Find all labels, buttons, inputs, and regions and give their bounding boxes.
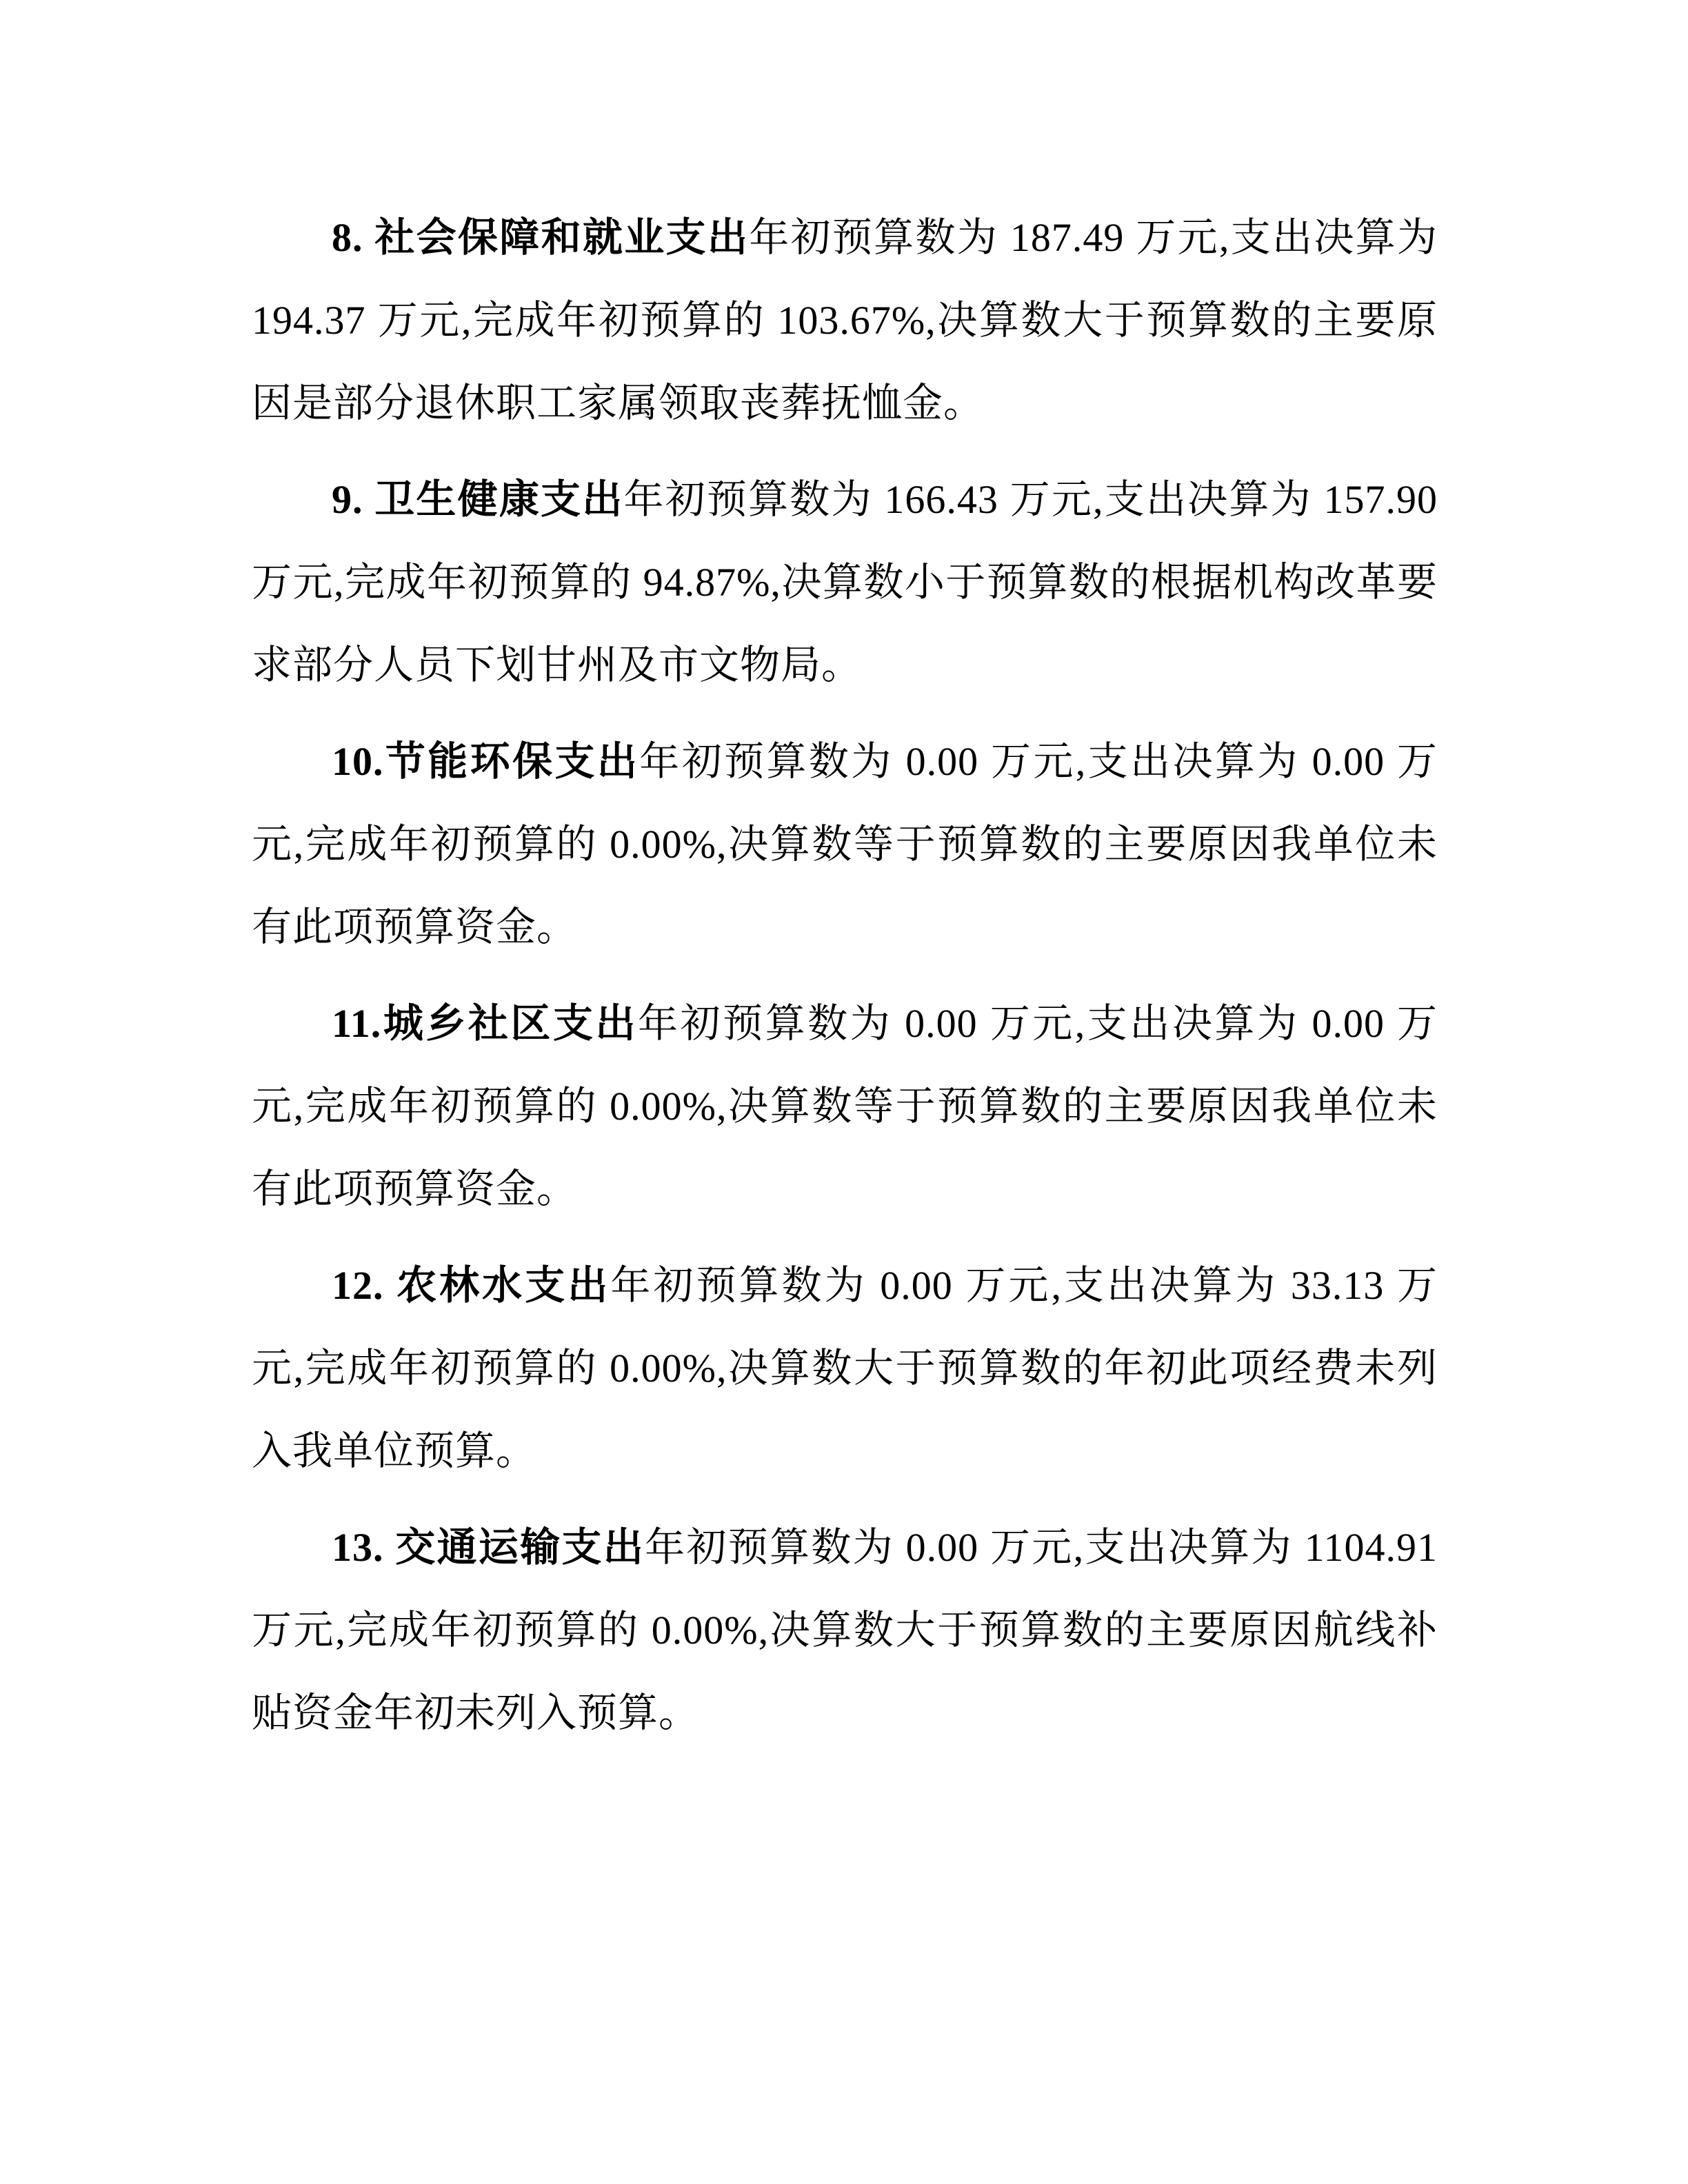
item-number: 9.: [332, 477, 374, 522]
item-title: 交通运输支出: [395, 1525, 645, 1570]
item-title: 农林水支出: [396, 1263, 610, 1308]
item-number: 13.: [332, 1525, 395, 1570]
document-page: 8. 社会保障和就业支出年初预算数为 187.49 万元,支出决算为 194.3…: [0, 0, 1688, 2184]
item-title: 节能环保支出: [384, 739, 640, 784]
item-number: 11.: [332, 1001, 381, 1046]
item-title: 城乡社区支出: [381, 1001, 638, 1046]
paragraph-item-8: 8. 社会保障和就业支出年初预算数为 187.49 万元,支出决算为 194.3…: [252, 196, 1438, 445]
paragraph-item-10: 10.节能环保支出年初预算数为 0.00 万元,支出决算为 0.00 万元,完成…: [252, 720, 1438, 969]
paragraph-item-11: 11.城乡社区支出年初预算数为 0.00 万元,支出决算为 0.00 万元,完成…: [252, 982, 1438, 1231]
item-number: 8.: [332, 215, 374, 260]
item-title: 社会保障和就业支出: [374, 215, 749, 260]
paragraph-item-12: 12. 农林水支出年初预算数为 0.00 万元,支出决算为 33.13 万元,完…: [252, 1244, 1438, 1493]
paragraph-item-9: 9. 卫生健康支出年初预算数为 166.43 万元,支出决算为 157.90 万…: [252, 458, 1438, 707]
item-number: 10.: [332, 739, 384, 784]
item-title: 卫生健康支出: [374, 477, 623, 522]
item-number: 12.: [332, 1263, 396, 1308]
paragraph-item-13: 13. 交通运输支出年初预算数为 0.00 万元,支出决算为 1104.91 万…: [252, 1506, 1438, 1755]
